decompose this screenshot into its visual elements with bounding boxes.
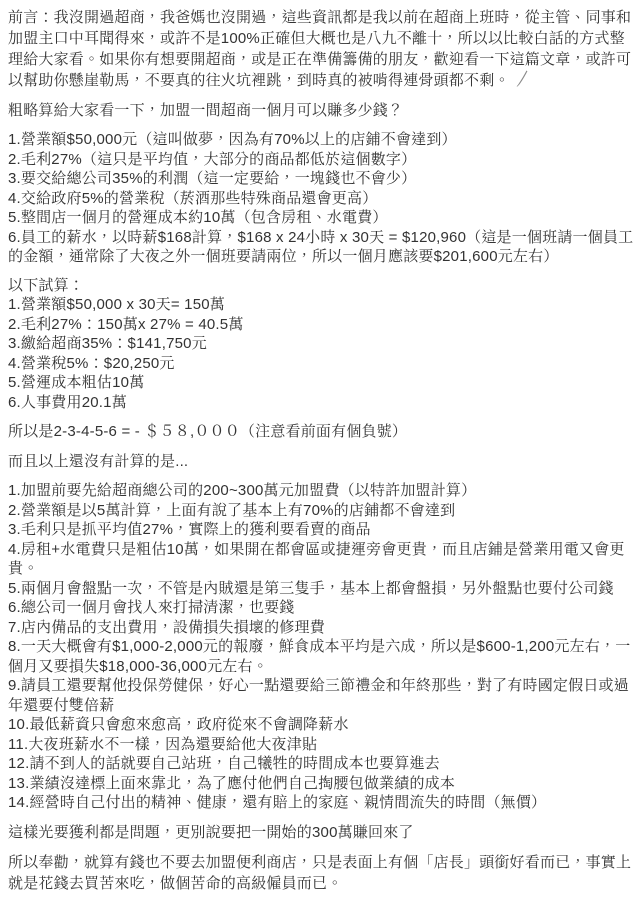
list-item: 1.加盟前要先給超商總公司的200~300萬元加盟費（以特許加盟計算） (8, 481, 634, 501)
list-item: 11.大夜班薪水不一樣，因為還要給他大夜津貼 (8, 735, 634, 755)
question-paragraph: 粗略算給大家看一下，加盟一間超商一個月可以賺多少錢？ (8, 100, 634, 121)
list-item: 7.店內備品的支出費用，設備損失損壞的修理費 (8, 618, 634, 638)
page: { "colors": { "background": "#ffffff", "… (0, 0, 644, 913)
intro-paragraph: 前言：我沒開過超商，我爸媽也沒開過，這些資訊都是我以前在超商上班時，從主管、同事… (8, 7, 634, 91)
intro-text: 前言：我沒開過超商，我爸媽也沒開過，這些資訊都是我以前在超商上班時，從主管、同事… (8, 9, 631, 89)
result-line: 所以是2-3-4-5-6 = - ＄５８,０００（注意看前面有個負號） (8, 421, 634, 442)
list-item: 3.要交給總公司35%的利潤（這一定要給，一塊錢也不會少） (8, 169, 634, 189)
list-item: 5.兩個月會盤點一次，不管是內賊還是第三隻手，基本上都會盤損，另外盤點也要付公司… (8, 579, 634, 599)
list-item: 2.毛利27%（這只是平均值，大部分的商品都低於這個數字） (8, 150, 634, 170)
list-item: 14.經營時自己付出的精神、健康，還有賠上的家庭、親情間流失的時間（無價） (8, 793, 634, 813)
assumptions-list: 1.營業額$50,000元（這叫做夢，因為有70%以上的店鋪不會達到） 2.毛利… (8, 130, 634, 267)
list-item: 3.繳給超商35%：$141,750元 (8, 334, 634, 354)
list-item: 6.人事費用20.1萬 (8, 393, 634, 413)
extra-costs-list: 1.加盟前要先給超商總公司的200~300萬元加盟費（以特許加盟計算） 2.營業… (8, 481, 634, 813)
conclusion-advice: 所以奉勸，就算有錢也不要去加盟便利商店，只是表面上有個「店長」頭銜好看而已，事實… (8, 852, 634, 894)
trial-calc-heading: 以下試算： (8, 276, 634, 296)
list-item: 10.最低薪資只會愈來愈高，政府從來不會調降薪水 (8, 715, 634, 735)
not-counted-intro: 而且以上還沒有計算的是... (8, 451, 634, 472)
list-item: 4.營業稅5%：$20,250元 (8, 354, 634, 374)
list-item: 8.一天大概會有$1,000-2,000元的報廢，鮮食成本平均是六成，所以是$6… (8, 637, 634, 676)
list-item: 12.請不到人的話就要自己站班，自己犧牲的時間成本也要算進去 (8, 754, 634, 774)
conclusion-profit: 這樣光要獲利都是問題，更別說要把一開始的300萬賺回來了 (8, 822, 634, 843)
list-item: 5.營運成本粗估10萬 (8, 373, 634, 393)
list-item: 13.業績沒達標上面來靠北，為了應付他們自己掏腰包做業績的成本 (8, 774, 634, 794)
pen-icon (515, 70, 528, 87)
list-item: 2.毛利27%：150萬x 27% = 40.5萬 (8, 315, 634, 335)
list-item: 6.員工的薪水，以時薪$168計算，$168 x 24小時 x 30天 = $1… (8, 228, 634, 267)
list-item: 1.營業額$50,000元（這叫做夢，因為有70%以上的店鋪不會達到） (8, 130, 634, 150)
list-item: 3.毛利只是抓平均值27%，實際上的獲利要看賣的商品 (8, 520, 634, 540)
list-item: 1.營業額$50,000 x 30天= 150萬 (8, 295, 634, 315)
article-body: 前言：我沒開過超商，我爸媽也沒開過，這些資訊都是我以前在超商上班時，從主管、同事… (0, 0, 644, 913)
list-item: 4.交給政府5%的營業稅（菸酒那些特殊商品還會更高） (8, 189, 634, 209)
list-item: 2.營業額是以5萬計算，上面有說了基本上有70%的店鋪都不會達到 (8, 501, 634, 521)
list-item: 5.整間店一個月的營運成本約10萬（包含房租、水電費） (8, 208, 634, 228)
list-item: 4.房租+水電費只是粗估10萬，如果開在都會區或捷運旁會更貴，而且店鋪是營業用電… (8, 540, 634, 579)
list-item: 9.請員工還要幫他投保勞健保，好心一點還要給三節禮金和年終那些，對了有時國定假日… (8, 676, 634, 715)
list-item: 6.總公司一個月會找人來打掃清潔，也要錢 (8, 598, 634, 618)
trial-calc-block: 以下試算： 1.營業額$50,000 x 30天= 150萬 2.毛利27%：1… (8, 276, 634, 413)
